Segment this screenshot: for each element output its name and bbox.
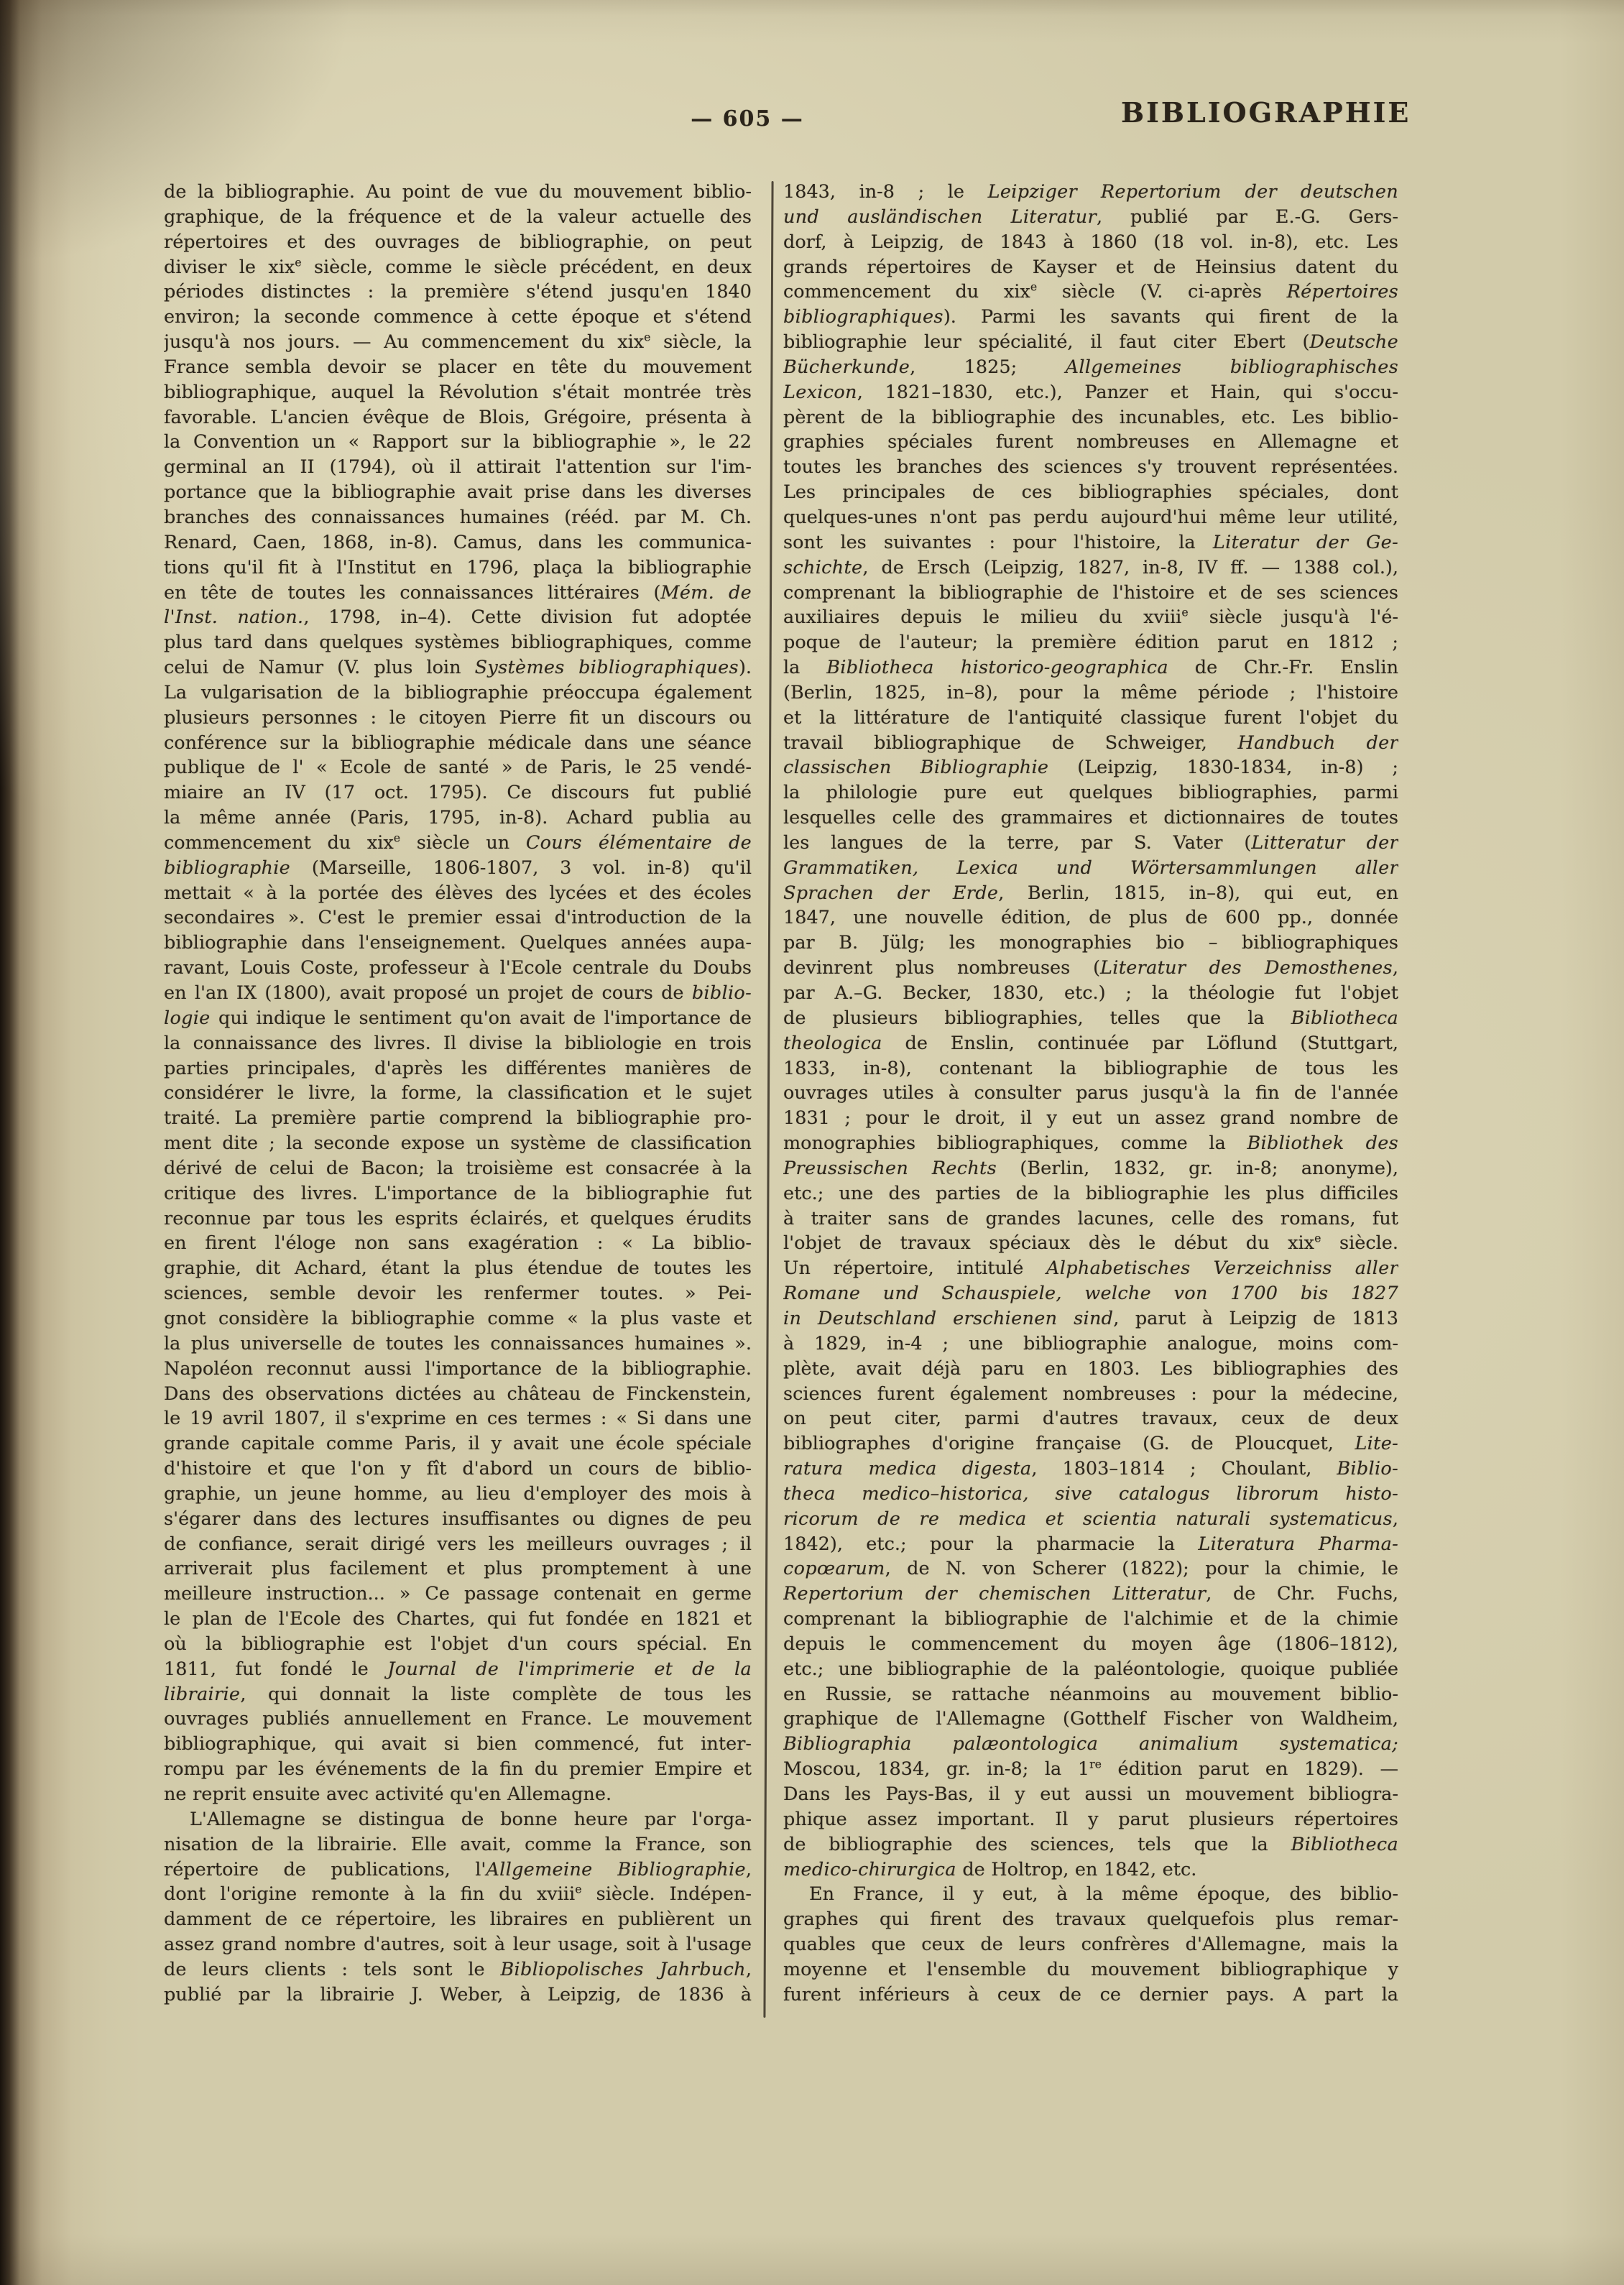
text-line: ment dite ; la seconde expose un système… <box>164 1131 752 1156</box>
text-line: Repertorium der chemischen Litteratur, d… <box>783 1582 1398 1607</box>
text-line: etc.; une des parties de la bibliographi… <box>783 1181 1398 1206</box>
text-line: graphes qui firent des travaux quelquefo… <box>783 1907 1398 1932</box>
text-line: plusieurs personnes : le citoyen Pierre … <box>164 706 752 731</box>
text-line: de la bibliographie. Au point de vue du … <box>164 180 752 205</box>
text-line: de confiance, serait dirigé vers les mei… <box>164 1532 752 1557</box>
text-line: par B. Jülg; les monographies bio – bibl… <box>783 931 1398 956</box>
text-line: on peut citer, parmi d'autres travaux, c… <box>783 1406 1398 1431</box>
text-line: plus tard dans quelques systèmes bibliog… <box>164 630 752 655</box>
text-line: Sprachen der Erde, Berlin, 1815, in–8), … <box>783 881 1398 906</box>
text-line: jusqu'à nos jours. — Au commencement du … <box>164 330 752 355</box>
text-line: par A.–G. Becker, 1830, etc.) ; la théol… <box>783 981 1398 1006</box>
text-line: travail bibliographique de Schweiger, Ha… <box>783 731 1398 756</box>
text-line: Les principales de ces bibliographies sp… <box>783 480 1398 505</box>
text-line: ratura medica digesta, 1803–1814 ; Choul… <box>783 1457 1398 1482</box>
text-line: favorable. L'ancien évêque de Blois, Gré… <box>164 405 752 430</box>
text-line: Renard, Caen, 1868, in-8). Camus, dans l… <box>164 530 752 555</box>
text-line: 1833, in-8), contenant la bibliographie … <box>783 1056 1398 1081</box>
text-line: environ; la seconde commence à cette épo… <box>164 305 752 330</box>
text-line: toutes les branches des sciences s'y tro… <box>783 455 1398 480</box>
text-line: und ausländischen Literatur, publié par … <box>783 205 1398 230</box>
text-line: medico-chirurgica de Holtrop, en 1842, e… <box>783 1857 1398 1883</box>
text-line: Dans les Pays-Bas, il y eut aussi un mou… <box>783 1782 1398 1807</box>
text-line: graphique de l'Allemagne (Gotthelf Fisch… <box>783 1707 1398 1732</box>
text-line: phique assez important. Il y parut plusi… <box>783 1807 1398 1832</box>
text-line: répertoire de publications, l'Allgemeine… <box>164 1857 752 1883</box>
page-number: — 605 — <box>661 106 834 131</box>
text-line: bibliographie leur spécialité, il faut c… <box>783 330 1398 355</box>
text-line: bibliographique, auquel la Révolution s'… <box>164 380 752 405</box>
text-line: le 19 avril 1807, il s'exprime en ces te… <box>164 1406 752 1431</box>
text-line: bibliographique, qui avait si bien comme… <box>164 1732 752 1757</box>
text-line: germinal an II (1794), où il attirait l'… <box>164 455 752 480</box>
column-divider-rule <box>763 181 773 2018</box>
text-line: graphie, un jeune homme, au lieu d'emplo… <box>164 1482 752 1507</box>
text-line: commencement du xixe siècle (V. ci-après… <box>783 280 1398 305</box>
text-line: bibliographiques). Parmi les savants qui… <box>783 305 1398 330</box>
text-line: grands répertoires de Kayser et de Heins… <box>783 255 1398 280</box>
text-line: ouvrages utiles à consulter parus jusqu'… <box>783 1081 1398 1106</box>
text-line: moyenne et l'ensemble du mouvement bibli… <box>783 1957 1398 1982</box>
text-line: in Deutschland erschienen sind, parut à … <box>783 1306 1398 1331</box>
text-line: portance que la bibliographie avait pris… <box>164 480 752 505</box>
text-line: arriverait plus facilement et plus promp… <box>164 1556 752 1582</box>
text-line: miaire an IV (17 oct. 1795). Ce discours… <box>164 780 752 805</box>
text-line: tions qu'il fit à l'Institut en 1796, pl… <box>164 555 752 581</box>
text-line: 1831 ; pour le droit, il y eut un assez … <box>783 1106 1398 1131</box>
text-line: furent inférieurs à ceux de ce dernier p… <box>783 1982 1398 2008</box>
text-line: les langues de la terre, par S. Vater (L… <box>783 831 1398 856</box>
text-line: de leurs clients : tels sont le Bibliopo… <box>164 1957 752 1982</box>
text-line: France sembla devoir se placer en tête d… <box>164 355 752 380</box>
text-line: la plus universelle de toutes les connai… <box>164 1331 752 1357</box>
text-line: la Bibliotheca historico-geographica de … <box>783 655 1398 680</box>
text-line: l'Inst. nation., 1798, in–4). Cette divi… <box>164 605 752 630</box>
text-line: sciences, semble devoir les renfermer to… <box>164 1281 752 1306</box>
text-line: Romane und Schauspiele, welche von 1700 … <box>783 1281 1398 1306</box>
text-line: l'objet de travaux spéciaux dès le début… <box>783 1231 1398 1256</box>
text-line: Bücherkunde, 1825; Allgemeines bibliogra… <box>783 355 1398 380</box>
running-title: BIBLIOGRAPHIE <box>1121 96 1408 129</box>
text-line: Lexicon, 1821–1830, etc.), Panzer et Hai… <box>783 380 1398 405</box>
text-line: Dans des observations dictées au château… <box>164 1382 752 1407</box>
text-line: Bibliographia palæontologica animalium s… <box>783 1732 1398 1757</box>
text-line: mettait « à la portée des élèves des lyc… <box>164 881 752 906</box>
text-line: la philologie pure eut quelques bibliogr… <box>783 780 1398 805</box>
text-line: (Berlin, 1825, in–8), pour la même pério… <box>783 680 1398 706</box>
text-line: secondaires ». C'est le premier essai d'… <box>164 905 752 931</box>
text-line: grande capitale comme Paris, il y avait … <box>164 1431 752 1457</box>
text-line: 1842), etc.; pour la pharmacie la Litera… <box>783 1532 1398 1557</box>
text-line: etc.; une bibliographie de la paléontolo… <box>783 1657 1398 1682</box>
text-line: où la bibliographie est l'objet d'un cou… <box>164 1632 752 1657</box>
text-line: comprenant la bibliographie de l'histoir… <box>783 581 1398 606</box>
text-line: graphique, de la fréquence et de la vale… <box>164 205 752 230</box>
text-line: gnot considère la bibliographie comme « … <box>164 1306 752 1331</box>
text-line: traité. La première partie comprend la b… <box>164 1106 752 1131</box>
text-line: poque de l'auteur; la première édition p… <box>783 630 1398 655</box>
text-line: graphies spéciales furent nombreuses en … <box>783 430 1398 455</box>
text-line: quelques-unes n'ont pas perdu aujourd'hu… <box>783 505 1398 530</box>
text-line: graphie, dit Achard, étant la plus étend… <box>164 1256 752 1281</box>
text-line: assez grand nombre d'autres, soit à leur… <box>164 1932 752 1957</box>
text-line: meilleure instruction... » Ce passage co… <box>164 1582 752 1607</box>
text-line: reconnue par tous les esprits éclairés, … <box>164 1206 752 1232</box>
text-line: la même année (Paris, 1795, in-8). Achar… <box>164 805 752 831</box>
text-line: Moscou, 1834, gr. in-8; la 1re édition p… <box>783 1757 1398 1782</box>
text-line: bibliographie (Marseille, 1806-1807, 3 v… <box>164 856 752 881</box>
text-line: s'égarer dans des lectures insuffisantes… <box>164 1507 752 1532</box>
text-line: copœarum, de N. von Scherer (1822); pour… <box>783 1556 1398 1582</box>
text-line: périodes distinctes : la première s'éten… <box>164 280 752 305</box>
text-line: devinrent plus nombreuses (Literatur des… <box>783 956 1398 981</box>
text-line: depuis le commencement du moyen âge (180… <box>783 1632 1398 1657</box>
text-line: ravant, Louis Coste, professeur à l'Ecol… <box>164 956 752 981</box>
text-line: diviser le xixe siècle, comme le siècle … <box>164 255 752 280</box>
text-line: lesquelles celle des grammaires et dicti… <box>783 805 1398 831</box>
text-line: publié par la librairie J. Weber, à Leip… <box>164 1982 752 2008</box>
column-left: de la bibliographie. Au point de vue du … <box>164 180 752 2019</box>
text-line: critique des livres. L'importance de la … <box>164 1181 752 1206</box>
text-line: dont l'origine remonte à la fin du xviii… <box>164 1882 752 1907</box>
column-right: 1843, in-8 ; le Leipziger Repertorium de… <box>783 180 1398 2019</box>
text-line: En France, il y eut, à la même époque, d… <box>783 1882 1398 1907</box>
text-line: auxiliaires depuis le milieu du xviiie s… <box>783 605 1398 630</box>
text-line: sciences furent également nombreuses : p… <box>783 1382 1398 1407</box>
text-line: comprenant la bibliographie de l'alchimi… <box>783 1607 1398 1632</box>
text-line: conférence sur la bibliographie médicale… <box>164 731 752 756</box>
text-line: ouvrages publiés annuellement en France.… <box>164 1707 752 1732</box>
text-line: sont les suivantes : pour l'histoire, la… <box>783 530 1398 555</box>
text-line: d'histoire et que l'on y fît d'abord un … <box>164 1457 752 1482</box>
text-line: ricorum de re medica et scientia natural… <box>783 1507 1398 1532</box>
text-line: 1847, une nouvelle édition, de plus de 6… <box>783 905 1398 931</box>
text-line: theologica de Enslin, continuée par Löfl… <box>783 1031 1398 1056</box>
text-line: le plan de l'Ecole des Chartes, qui fut … <box>164 1607 752 1632</box>
text-line: librairie, qui donnait la liste complète… <box>164 1682 752 1707</box>
text-line: considérer le livre, la forme, la classi… <box>164 1081 752 1106</box>
text-line: publique de l' « Ecole de santé » de Par… <box>164 755 752 780</box>
text-line: pèrent de la bibliographie des incunable… <box>783 405 1398 430</box>
scanned-book-page: — 605 — BIBLIOGRAPHIE de la bibliographi… <box>0 0 1624 2285</box>
text-line: nisation de la librairie. Elle avait, co… <box>164 1832 752 1857</box>
text-line: classischen Bibliographie (Leipzig, 1830… <box>783 755 1398 780</box>
text-line: en Russie, se rattache néanmoins au mouv… <box>783 1682 1398 1707</box>
text-line: schichte, de Ersch (Leipzig, 1827, in-8,… <box>783 555 1398 581</box>
text-line: dorf, à Leipzig, de 1843 à 1860 (18 vol.… <box>783 230 1398 255</box>
text-line: bibliographes d'origine française (G. de… <box>783 1431 1398 1457</box>
text-line: celui de Namur (V. plus loin Systèmes bi… <box>164 655 752 680</box>
text-line: logie qui indique le sentiment qu'on ava… <box>164 1006 752 1031</box>
text-line: Preussischen Rechts (Berlin, 1832, gr. i… <box>783 1156 1398 1181</box>
text-line: de plusieurs bibliographies, telles que … <box>783 1006 1398 1031</box>
text-line: bibliographie dans l'enseignement. Quelq… <box>164 931 752 956</box>
text-line: ne reprit ensuite avec activité qu'en Al… <box>164 1782 752 1807</box>
text-line: en l'an IX (1800), avait proposé un proj… <box>164 981 752 1006</box>
text-line: branches des connaissances humaines (réé… <box>164 505 752 530</box>
text-line: à 1829, in-4 ; une bibliographie analogu… <box>783 1331 1398 1357</box>
text-line: 1811, fut fondé le Journal de l'imprimer… <box>164 1657 752 1682</box>
text-line: rompu par les événements de la fin du pr… <box>164 1757 752 1782</box>
text-line: et la littérature de l'antiquité classiq… <box>783 706 1398 731</box>
text-line: parties principales, d'après les différe… <box>164 1056 752 1081</box>
text-line: plète, avait déjà paru en 1803. Les bibl… <box>783 1357 1398 1382</box>
text-line: la connaissance des livres. Il divise la… <box>164 1031 752 1056</box>
text-line: theca medico–historica, sive catalogus l… <box>783 1482 1398 1507</box>
text-line: damment de ce répertoire, les libraires … <box>164 1907 752 1932</box>
text-line: dérivé de celui de Bacon; la troisième e… <box>164 1156 752 1181</box>
text-line: Un répertoire, intitulé Alphabetisches V… <box>783 1256 1398 1281</box>
text-line: de bibliographie des sciences, tels que … <box>783 1832 1398 1857</box>
text-line: Napoléon reconnut aussi l'importance de … <box>164 1357 752 1382</box>
text-line: la Convention un « Rapport sur la biblio… <box>164 430 752 455</box>
text-line: 1843, in-8 ; le Leipziger Repertorium de… <box>783 180 1398 205</box>
text-line: en tête de toutes les connaissances litt… <box>164 581 752 606</box>
text-line: quables que ceux de leurs confrères d'Al… <box>783 1932 1398 1957</box>
text-line: monographies bibliographiques, comme la … <box>783 1131 1398 1156</box>
text-line: à traiter sans de grandes lacunes, celle… <box>783 1206 1398 1232</box>
text-line: en firent l'éloge non sans exagération :… <box>164 1231 752 1256</box>
text-line: L'Allemagne se distingua de bonne heure … <box>164 1807 752 1832</box>
text-line: répertoires et des ouvrages de bibliogra… <box>164 230 752 255</box>
text-line: Grammatiken, Lexica und Wörtersammlungen… <box>783 856 1398 881</box>
text-line: commencement du xixe siècle un Cours élé… <box>164 831 752 856</box>
text-line: La vulgarisation de la bibliographie pré… <box>164 680 752 706</box>
